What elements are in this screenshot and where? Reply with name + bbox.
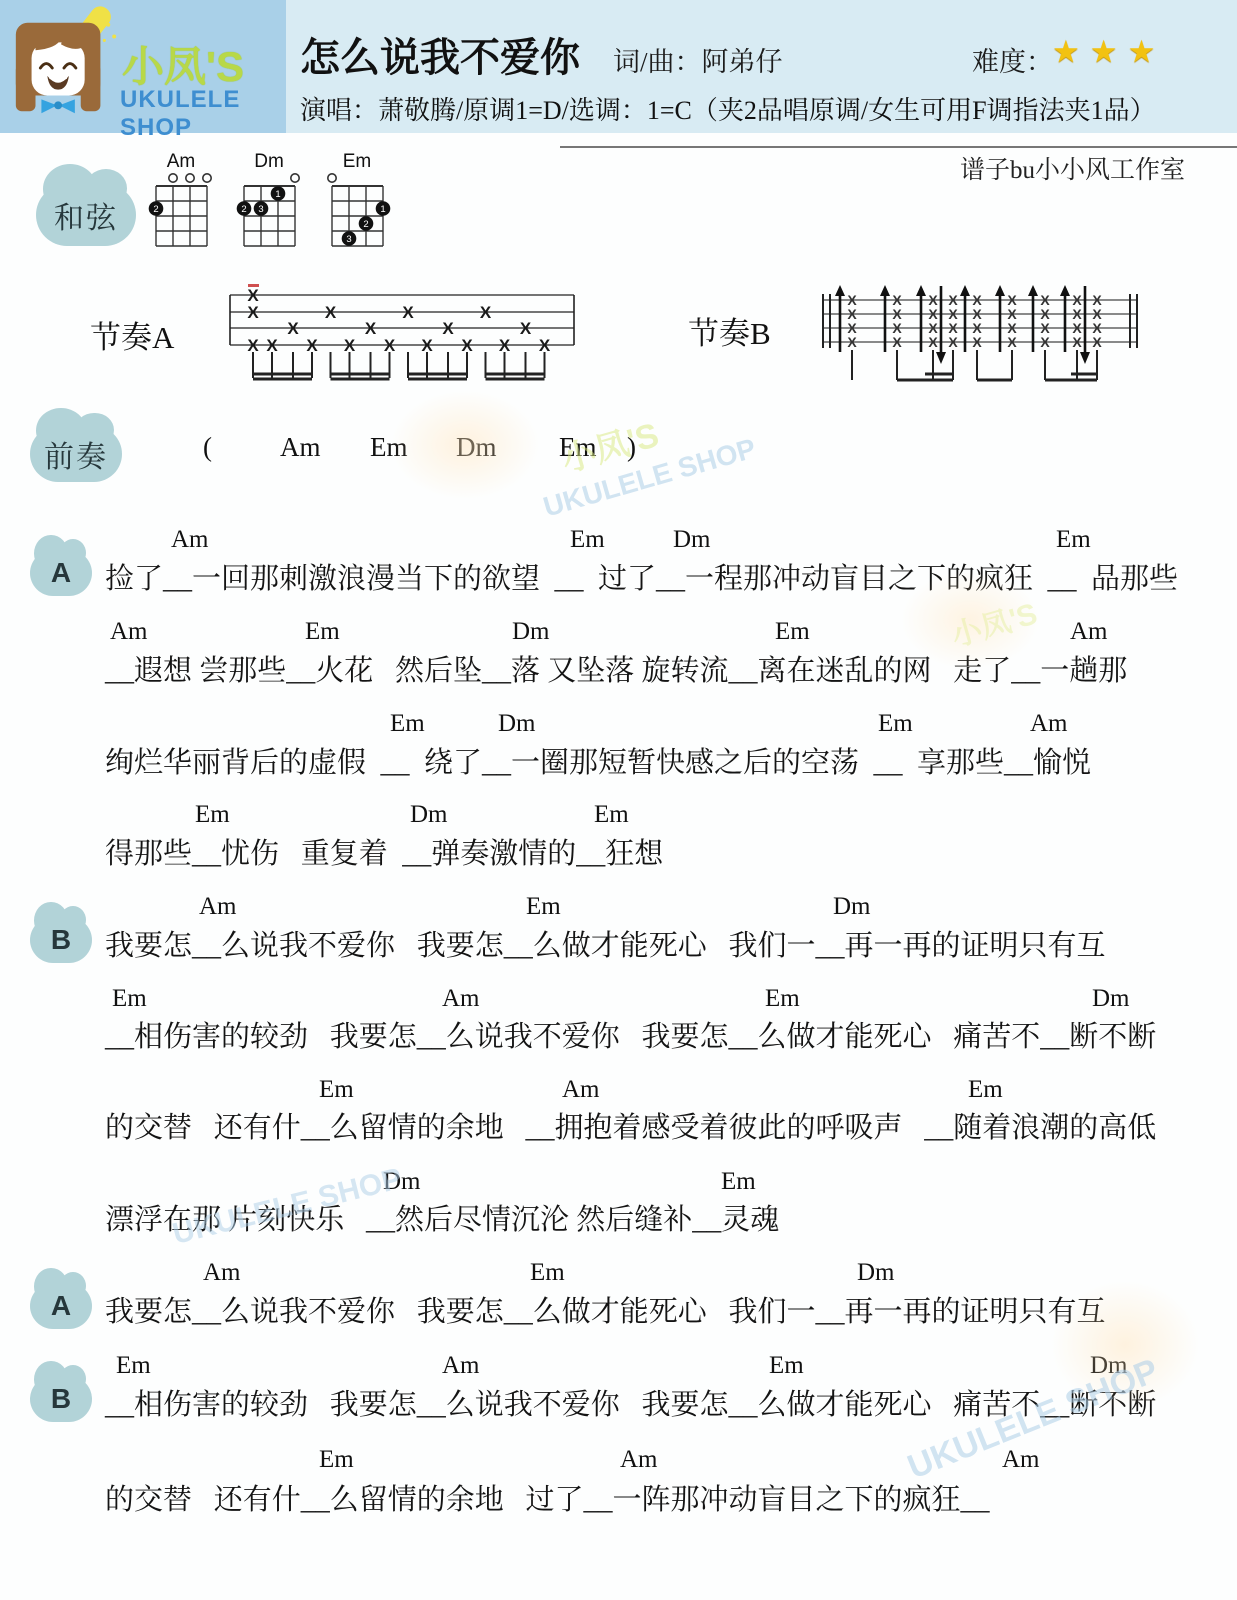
header-band: 小凤'S UKULELE SHOP 怎么说我不爱你 词/曲：阿弟仔 难度： ★★…	[0, 0, 1237, 133]
chord-label: Em	[530, 1259, 565, 1287]
svg-text:2: 2	[363, 219, 368, 230]
credit-line: 词/曲：阿弟仔	[613, 40, 783, 79]
rhythm-b-label: 节奏B	[688, 308, 771, 353]
svg-text:X: X	[1072, 334, 1082, 350]
svg-text:3: 3	[346, 234, 351, 245]
svg-text:X: X	[247, 303, 259, 322]
chord-label: Em	[195, 801, 230, 829]
chord-label: Em	[390, 710, 425, 738]
chord-label: Am	[620, 1446, 658, 1474]
lyric-text: 的交替 还有什__么留情的余地 __拥抱着感受着彼此的呼吸声 __随着浪潮的高低	[105, 1105, 1156, 1146]
section-letter: A	[51, 557, 71, 589]
chord-label: Am	[203, 1259, 241, 1287]
difficulty-stars: ★★★	[1052, 34, 1165, 70]
chord-label: Am	[442, 1352, 480, 1380]
chords-section-label: 和弦	[54, 193, 118, 237]
svg-text:X: X	[847, 334, 857, 350]
lyric-text: 绚烂华丽背后的虚假 __ 绕了__一圈那短暂快感之后的空荡 __ 享那些__愉悦	[105, 740, 1091, 781]
chord-label: Am	[171, 526, 209, 554]
song-title: 怎么说我不爱你	[300, 26, 580, 83]
intro-label: 前奏	[44, 432, 108, 476]
chord-label: Dm	[512, 618, 550, 646]
svg-text:X: X	[972, 334, 982, 350]
chord-label: Em	[526, 893, 561, 921]
svg-text:1: 1	[275, 189, 280, 200]
svg-text:X: X	[1007, 334, 1017, 350]
difficulty-label: 难度：	[972, 40, 1053, 79]
svg-text:Em: Em	[343, 152, 372, 172]
chord-label: Em	[765, 985, 800, 1013]
chord-label: Em	[721, 1168, 756, 1196]
rhythm-a-label: 节奏A	[90, 312, 174, 357]
rhythm-b-pattern: XXXXXXXXXXXXXXXXXXXXXXXXXXXXXXXXXXXX	[815, 284, 1145, 396]
svg-text:2: 2	[153, 204, 158, 215]
chord-label: Em	[775, 618, 810, 646]
chord-label: Dm	[383, 1168, 421, 1196]
chords-section-cloud: 和弦	[36, 184, 136, 246]
watermark-logo-text: 小凤'S	[946, 589, 1042, 655]
chord-label: Dm	[857, 1259, 895, 1287]
chord-label: Dm	[833, 893, 871, 921]
intro-chord: Am	[280, 432, 321, 463]
logo-block: 小凤'S UKULELE SHOP	[0, 0, 286, 133]
divider-line	[560, 146, 1237, 148]
chord-label: Dm	[410, 801, 448, 829]
chord-label: Em	[116, 1352, 151, 1380]
chord-label: Am	[110, 618, 148, 646]
lyric-text: 我要怎__么说我不爱你 我要怎__么做才能死心 我们一__再一再的证明只有互	[105, 1289, 1106, 1330]
lyric-text: __相伤害的较劲 我要怎__么说我不爱你 我要怎__么做才能死心 痛苦不__断不…	[105, 1014, 1156, 1055]
svg-text:X: X	[948, 334, 958, 350]
svg-text:Dm: Dm	[254, 152, 284, 172]
lyric-text: 的交替 还有什__么留情的余地 过了__一阵那冲动盲目之下的疯狂__	[105, 1477, 990, 1518]
svg-text:X: X	[442, 319, 454, 338]
studio-attribution: 谱子bu小小风工作室	[960, 150, 1185, 186]
svg-text:X: X	[365, 319, 377, 338]
section-cloud-B: B	[30, 1376, 92, 1422]
svg-text:X: X	[480, 303, 492, 322]
svg-text:1: 1	[380, 204, 385, 215]
chord-label: Am	[442, 985, 480, 1013]
chord-label: Am	[562, 1076, 600, 1104]
chord-label: Dm	[673, 526, 711, 554]
svg-text:X: X	[325, 303, 337, 322]
chord-label: Em	[769, 1352, 804, 1380]
performer-key-line: 演唱：萧敬腾/原调1=D/选调：1=C（夹2品唱原调/女生可用F调指法夹1品）	[300, 90, 1156, 127]
svg-text:X: X	[287, 319, 299, 338]
chord-label: Dm	[1092, 985, 1130, 1013]
chord-label: Em	[319, 1076, 354, 1104]
chord-label: Em	[594, 801, 629, 829]
chord-label: Em	[878, 710, 913, 738]
shop-name-cn: 小凤'S	[122, 34, 244, 94]
chord-label: Dm	[498, 710, 536, 738]
chord-label: Em	[305, 618, 340, 646]
lyric-text: 得那些__忧伤 重复着 __弹奏激情的__狂想	[105, 831, 663, 872]
svg-text:X: X	[402, 303, 414, 322]
chord-diagram-Em: Em123	[318, 152, 396, 254]
shop-name-en: UKULELE SHOP	[120, 86, 286, 142]
section-cloud-A: A	[30, 1283, 92, 1329]
chord-label: Em	[319, 1446, 354, 1474]
section-letter: B	[51, 1383, 71, 1415]
chord-label: Em	[968, 1076, 1003, 1104]
chord-label: Dm	[1090, 1352, 1128, 1380]
chord-sheet-page: 小凤'S UKULELE SHOP 怎么说我不爱你 词/曲：阿弟仔 难度： ★★…	[0, 0, 1237, 1600]
intro-chord: Em	[370, 432, 408, 463]
chord-diagram-group: Am2Dm231Em123	[142, 152, 396, 254]
section-cloud-B: B	[30, 917, 92, 963]
chord-diagram-Dm: Dm231	[230, 152, 308, 254]
svg-text:X: X	[520, 319, 532, 338]
svg-text:X: X	[928, 334, 938, 350]
svg-text:X: X	[1040, 334, 1050, 350]
lyric-text: 捡了__一回那刺激浪漫当下的欲望 __ 过了__一程那冲动盲目之下的疯狂 __ …	[105, 556, 1178, 597]
intro-chord: Dm	[456, 432, 497, 463]
lyric-text: 我要怎__么说我不爱你 我要怎__么做才能死心 我们一__再一再的证明只有互	[105, 923, 1106, 964]
rhythm-a-pattern: XXXXXXXXXXXXXXXXXX	[224, 280, 580, 392]
girl-mascot-icon	[6, 4, 124, 128]
svg-text:3: 3	[258, 204, 263, 215]
lyric-text: __遐想 尝那些__火花 然后坠__落 又坠落 旋转流__离在迷乱的网 走了__…	[105, 648, 1127, 689]
chord-label: Am	[1002, 1446, 1040, 1474]
svg-text:2: 2	[241, 204, 246, 215]
chord-label: Am	[1070, 618, 1108, 646]
section-cloud-A: A	[30, 550, 92, 596]
svg-text:Am: Am	[167, 152, 196, 172]
section-letter: A	[51, 1290, 71, 1322]
chord-label: Am	[1030, 710, 1068, 738]
svg-text:X: X	[1092, 334, 1102, 350]
svg-text:X: X	[892, 334, 902, 350]
lyric-text: __相伤害的较劲 我要怎__么说我不爱你 我要怎__么做才能死心 痛苦不__断不…	[105, 1382, 1156, 1423]
intro-chord: (	[203, 432, 212, 463]
intro-chord: )	[627, 432, 636, 463]
lyric-text: 漂浮在那 片刻快乐 __然后尽情沉沦 然后缝补__灵魂	[105, 1197, 779, 1238]
chord-diagram-Am: Am2	[142, 152, 220, 254]
section-letter: B	[51, 924, 71, 956]
intro-chord: Em	[559, 432, 597, 463]
chord-label: Em	[1056, 526, 1091, 554]
chord-label: Em	[112, 985, 147, 1013]
intro-cloud: 前奏	[30, 426, 122, 482]
chord-label: Em	[570, 526, 605, 554]
chord-label: Am	[199, 893, 237, 921]
